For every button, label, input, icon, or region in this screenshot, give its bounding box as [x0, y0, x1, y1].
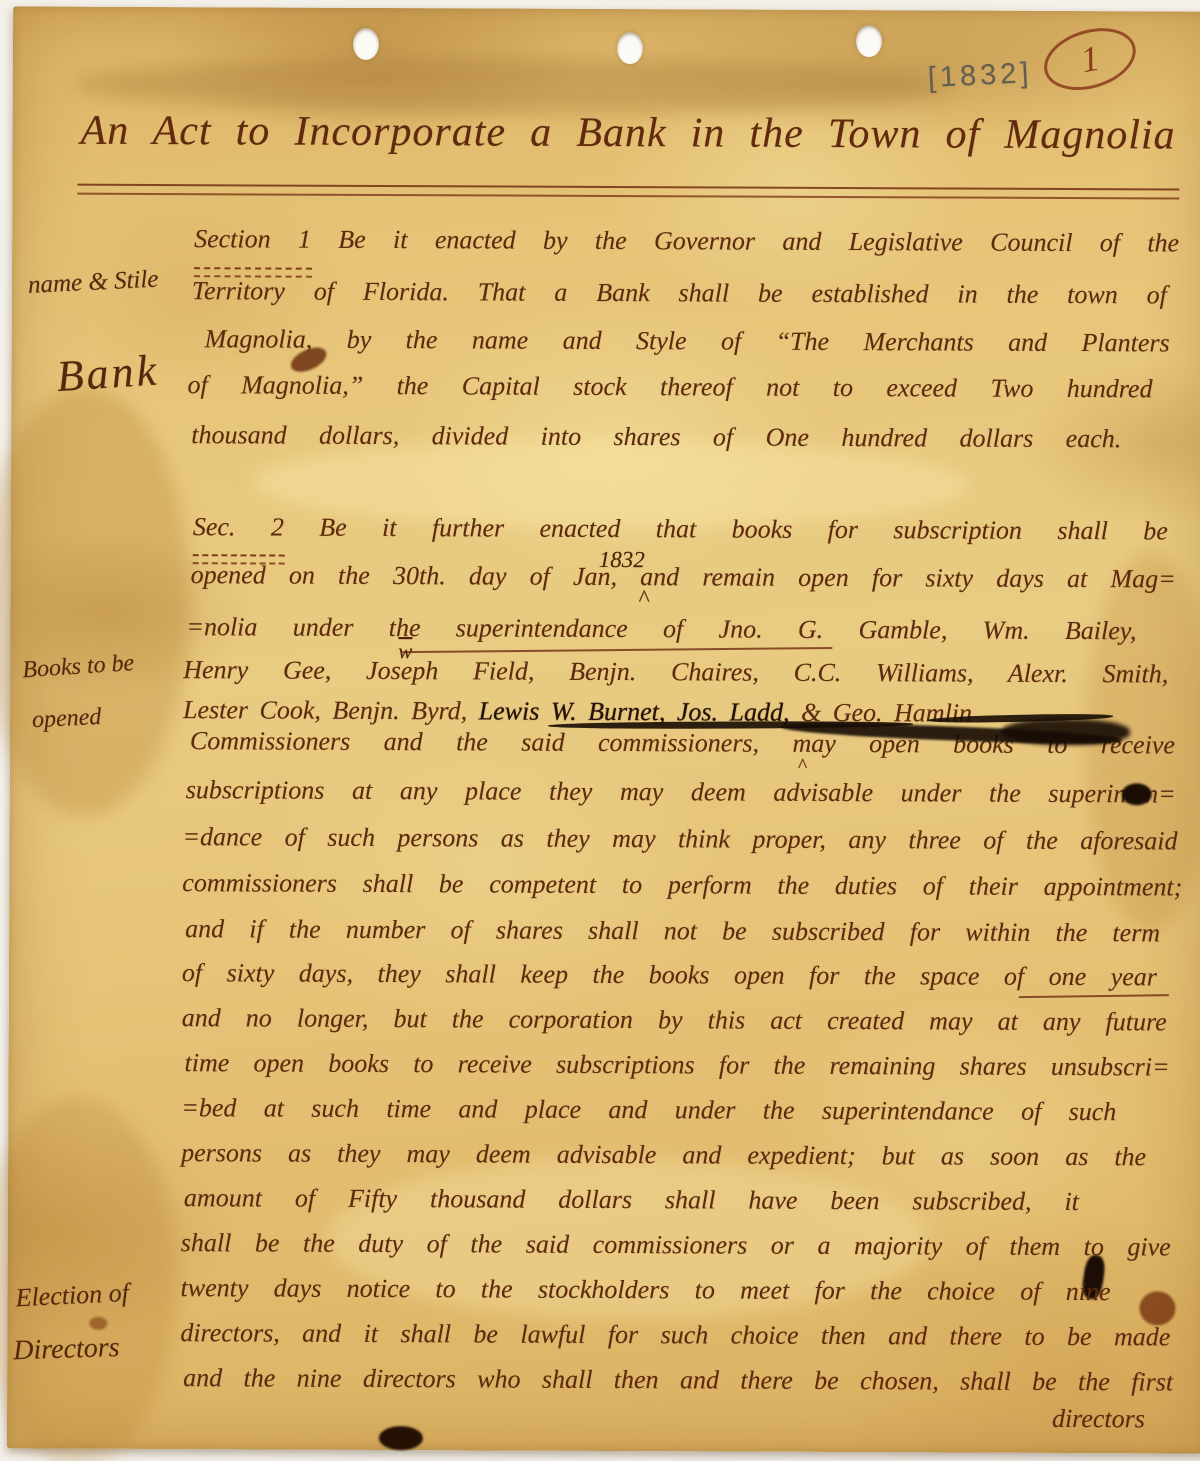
insertion-caret: ^: [639, 586, 650, 613]
section2-line: =nolia under the superintendance of Jno.…: [186, 610, 1136, 648]
section1-line: Territory of Florida. That a Bank shall …: [192, 274, 1167, 312]
section2-line: Sec. 2 Be it further enacted that books …: [193, 510, 1168, 548]
margin-note-opened: opened: [31, 704, 102, 734]
section2-line: =dance of such persons as they may think…: [182, 820, 1177, 858]
section2-line: time open books to receive subscriptions…: [184, 1046, 1169, 1084]
margin-note-name-style: name & Stile: [27, 266, 159, 300]
margin-note-directors: Directors: [13, 1332, 120, 1367]
section2-line: twenty days notice to the stockholders t…: [180, 1271, 1110, 1309]
ink-blot: [89, 1317, 107, 1330]
punch-hole: [856, 25, 882, 57]
ink-blot: [379, 1426, 423, 1450]
section2-line: persons as they may deem advisable and e…: [181, 1136, 1146, 1174]
one-year-underline: [1019, 994, 1169, 998]
page-number-circle: 1: [1037, 18, 1144, 101]
paper-stain: [0, 1096, 178, 1461]
margin-note-election-of: Election of: [15, 1278, 130, 1313]
section2-line: directors, and it shall be lawful for su…: [180, 1316, 1170, 1354]
section2-line: =bed at such time and place and under th…: [181, 1091, 1116, 1129]
manuscript-paper: [1832] 1 An Act to Incorporate a Bank in…: [7, 6, 1200, 1453]
catchword-directors: directors: [1052, 1404, 1145, 1434]
section2-line: and no longer, but the corporation by th…: [182, 1001, 1167, 1039]
insertion-caret: ^: [798, 755, 807, 778]
section1-line: thousand dollars, divided into shares of…: [191, 418, 1121, 456]
section2-line: and if the number of shares shall not be…: [185, 912, 1160, 950]
section2-line: of sixty days, they shall keep the books…: [182, 956, 1157, 994]
punch-hole: [617, 32, 643, 64]
paper-stain: [0, 386, 191, 817]
section2-line: opened on the 30th. day of Jan, and rema…: [191, 558, 1176, 596]
pencil-year-annotation: [1832]: [927, 57, 1033, 95]
section1-line: Magnolia, by the name and Style of “The …: [205, 322, 1170, 360]
section2-line: Henry Gee, Joseph Field, Benjn. Chaires,…: [183, 653, 1168, 691]
superintendance-underline: [402, 647, 832, 653]
section2-line: shall be the duty of the said commission…: [181, 1226, 1171, 1264]
title-underline: [77, 184, 1179, 200]
margin-note-books-to-be: Books to be: [22, 650, 136, 684]
section1-line: of Magnolia,” the Capital stock thereof …: [187, 368, 1152, 406]
section2-line: amount of Fifty thousand dollars shall h…: [184, 1181, 1079, 1219]
margin-note-bank: Bank: [55, 345, 161, 403]
document-scan: [1832] 1 An Act to Incorporate a Bank in…: [0, 0, 1200, 1461]
section2-line: subscriptions at any place they may deem…: [186, 773, 1176, 811]
names-segment: Lester Cook, Benjn. Byrd,: [183, 695, 479, 725]
section2-line: and the nine directors who shall then an…: [183, 1361, 1173, 1399]
heavy-ink-smear: [1002, 719, 1130, 746]
document-title: An Act to Incorporate a Bank in the Town…: [81, 107, 1176, 160]
punch-hole: [353, 28, 379, 60]
section1-line: Section 1 Be it enacted by the Governor …: [194, 222, 1179, 260]
page-number: 1: [1077, 37, 1103, 82]
section2-line: commissioners shall be competent to perf…: [182, 866, 1182, 904]
